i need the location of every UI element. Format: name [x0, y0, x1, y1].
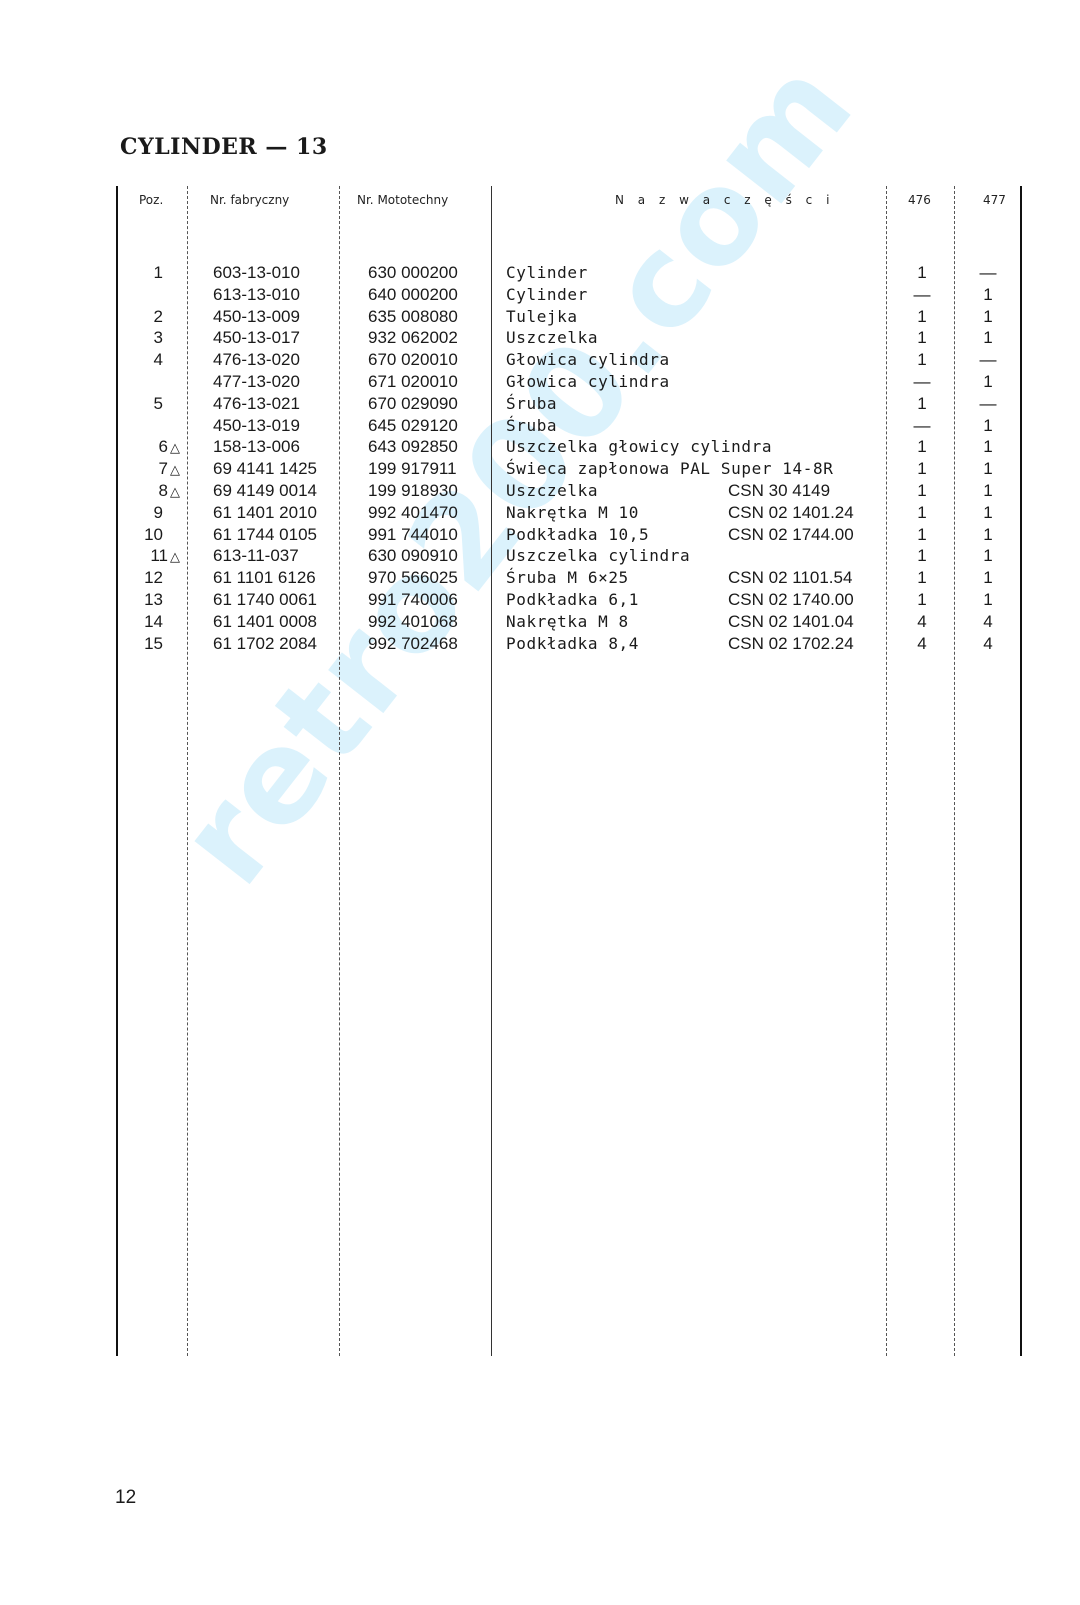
- nr-fabryczny: 450-13-017: [213, 327, 300, 349]
- table-row-poz: 2: [120, 306, 163, 328]
- nr-fabryczny: 61 1702 2084: [213, 633, 317, 655]
- qty-476: 1: [896, 393, 948, 415]
- qty-477: 1: [962, 502, 1014, 524]
- table-row-poz: 6△: [120, 436, 180, 459]
- qty-477: 1: [962, 545, 1014, 567]
- column-divider: [187, 186, 188, 1356]
- poz-number: 1: [154, 263, 163, 282]
- table-row-poz: 3: [120, 327, 163, 349]
- table-row-poz: 13: [120, 589, 163, 611]
- qty-476: 1: [896, 262, 948, 284]
- nr-mototechny: 992 401068: [368, 611, 458, 633]
- nr-fabryczny: 61 1401 0008: [213, 611, 317, 633]
- part-name: Podkładka 8,4: [506, 633, 639, 655]
- qty-477: 1: [962, 327, 1014, 349]
- part-norm: CSN 02 1744.00: [728, 524, 854, 546]
- nr-mototechny: 991 740006: [368, 589, 458, 611]
- nr-mototechny: 932 062002: [368, 327, 458, 349]
- part-norm: CSN 02 1401.04: [728, 611, 854, 633]
- nr-fabryczny: 477-13-020: [213, 371, 300, 393]
- qty-477: —: [962, 393, 1014, 415]
- qty-477: 4: [962, 633, 1014, 655]
- nr-mototechny: 670 029090: [368, 393, 458, 415]
- part-name: Uszczelka: [506, 480, 598, 502]
- qty-477: 1: [962, 567, 1014, 589]
- qty-476: 1: [896, 480, 948, 502]
- qty-476: —: [896, 371, 948, 393]
- nr-mototechny: 970 566025: [368, 567, 458, 589]
- poz-number: 9: [154, 503, 163, 522]
- qty-477: —: [962, 349, 1014, 371]
- poz-number: 3: [154, 328, 163, 347]
- qty-476: 1: [896, 349, 948, 371]
- poz-number: 14: [144, 612, 163, 631]
- part-name: Podkładka 6,1: [506, 589, 639, 611]
- part-norm: CSN 02 1401.24: [728, 502, 854, 524]
- qty-477: 1: [962, 306, 1014, 328]
- nr-fabryczny: 61 1101 6126: [213, 567, 316, 589]
- header-nr-mototechny: Nr. Mototechny: [357, 193, 448, 207]
- table-row-poz: 8△: [120, 480, 180, 503]
- part-name: Świeca zapłonowa PAL Super 14-8R: [506, 458, 833, 480]
- nr-mototechny: 630 000200: [368, 262, 458, 284]
- part-norm: CSN 02 1101.54: [728, 567, 852, 589]
- part-name: Cylinder: [506, 284, 588, 306]
- part-name: Uszczelka cylindra: [506, 545, 690, 567]
- nr-mototechny: 645 029120: [368, 415, 458, 437]
- column-divider: [339, 186, 340, 1356]
- nr-fabryczny: 69 4149 0014: [213, 480, 317, 502]
- qty-476: 4: [896, 633, 948, 655]
- qty-477: 1: [962, 415, 1014, 437]
- qty-477: 1: [962, 480, 1014, 502]
- qty-477: 1: [962, 524, 1014, 546]
- header-476: 476: [908, 193, 931, 207]
- triangle-mark-icon: △: [170, 549, 180, 564]
- part-norm: CSN 02 1740.00: [728, 589, 854, 611]
- qty-477: 1: [962, 284, 1014, 306]
- poz-number: 7: [159, 459, 168, 478]
- poz-number: 15: [144, 634, 163, 653]
- nr-mototechny: 643 092850: [368, 436, 458, 458]
- poz-number: 11: [150, 546, 168, 565]
- nr-fabryczny: 476-13-021: [213, 393, 300, 415]
- qty-477: 1: [962, 436, 1014, 458]
- qty-477: —: [962, 262, 1014, 284]
- qty-477: 1: [962, 589, 1014, 611]
- nr-mototechny: 992 702468: [368, 633, 458, 655]
- nr-fabryczny: 476-13-020: [213, 349, 300, 371]
- triangle-mark-icon: △: [170, 440, 180, 455]
- part-name: Głowica cylindra: [506, 371, 670, 393]
- page-number: 12: [115, 1487, 136, 1509]
- nr-fabryczny: 450-13-019: [213, 415, 300, 437]
- poz-number: 12: [144, 568, 163, 587]
- nr-fabryczny: 613-13-010: [213, 284, 300, 306]
- column-divider: [954, 186, 955, 1356]
- part-name: Nakrętka M 10: [506, 502, 639, 524]
- table-row-poz: 15: [120, 633, 163, 655]
- qty-476: 1: [896, 567, 948, 589]
- table-row-poz: 12: [120, 567, 163, 589]
- nr-fabryczny: 61 1740 0061: [213, 589, 317, 611]
- part-name: Nakrętka M 8: [506, 611, 629, 633]
- nr-fabryczny: 613-11-037: [213, 545, 299, 567]
- poz-number: 6: [159, 437, 168, 456]
- table-border-left: [116, 186, 118, 1356]
- nr-fabryczny: 61 1401 2010: [213, 502, 317, 524]
- table-row-poz: 10: [120, 524, 163, 546]
- nr-mototechny: 630 090910: [368, 545, 458, 567]
- table-border-right: [1020, 186, 1022, 1356]
- table-row-poz: 14: [120, 611, 163, 633]
- nr-mototechny: 199 917911: [368, 458, 457, 480]
- nr-fabryczny: 450-13-009: [213, 306, 300, 328]
- poz-number: 8: [159, 481, 168, 500]
- nr-fabryczny: 69 4141 1425: [213, 458, 317, 480]
- qty-476: 1: [896, 545, 948, 567]
- qty-476: 1: [896, 524, 948, 546]
- qty-476: 4: [896, 611, 948, 633]
- header-nr-fabryczny: Nr. fabryczny: [210, 193, 289, 207]
- nr-fabryczny: 158-13-006: [213, 436, 300, 458]
- table-row-poz: 1: [120, 262, 163, 284]
- column-divider: [491, 186, 492, 1356]
- table-row-poz: 9: [120, 502, 163, 524]
- poz-number: 5: [154, 394, 163, 413]
- poz-number: 13: [144, 590, 163, 609]
- poz-number: 10: [144, 525, 163, 544]
- header-nazwa-czesci: N a z w a c z ę ś c i: [615, 193, 834, 207]
- qty-476: 1: [896, 306, 948, 328]
- qty-476: —: [896, 284, 948, 306]
- part-name: Uszczelka głowicy cylindra: [506, 436, 772, 458]
- table-row-poz: 7△: [120, 458, 180, 481]
- nr-mototechny: 671 020010: [368, 371, 458, 393]
- page-title: CYLINDER — 13: [120, 134, 328, 160]
- column-divider: [886, 186, 887, 1356]
- qty-476: 1: [896, 458, 948, 480]
- part-name: Głowica cylindra: [506, 349, 670, 371]
- header-poz: Poz.: [139, 193, 163, 207]
- nr-fabryczny: 603-13-010: [213, 262, 300, 284]
- table-row-poz: 4: [120, 349, 163, 371]
- poz-number: 2: [154, 307, 163, 326]
- part-name: Cylinder: [506, 262, 588, 284]
- part-name: Śruba: [506, 415, 557, 437]
- qty-476: 1: [896, 436, 948, 458]
- qty-476: 1: [896, 589, 948, 611]
- qty-476: 1: [896, 327, 948, 349]
- nr-mototechny: 199 918930: [368, 480, 458, 502]
- qty-477: 1: [962, 458, 1014, 480]
- part-name: Śruba M 6×25: [506, 567, 629, 589]
- qty-477: 4: [962, 611, 1014, 633]
- triangle-mark-icon: △: [170, 462, 180, 477]
- nr-mototechny: 992 401470: [368, 502, 458, 524]
- nr-fabryczny: 61 1744 0105: [213, 524, 317, 546]
- nr-mototechny: 640 000200: [368, 284, 458, 306]
- table-row-poz: 5: [120, 393, 163, 415]
- nr-mototechny: 635 008080: [368, 306, 458, 328]
- qty-476: 1: [896, 502, 948, 524]
- part-name: Podkładka 10,5: [506, 524, 649, 546]
- triangle-mark-icon: △: [170, 484, 180, 499]
- part-name: Uszczelka: [506, 327, 598, 349]
- part-name: Tulejka: [506, 306, 578, 328]
- qty-476: —: [896, 415, 948, 437]
- qty-477: 1: [962, 371, 1014, 393]
- part-norm: CSN 30 4149: [728, 480, 830, 502]
- nr-mototechny: 670 020010: [368, 349, 458, 371]
- part-name: Śruba: [506, 393, 557, 415]
- part-norm: CSN 02 1702.24: [728, 633, 854, 655]
- table-row-poz: 11△: [120, 545, 180, 568]
- header-477: 477: [983, 193, 1006, 207]
- poz-number: 4: [154, 350, 163, 369]
- nr-mototechny: 991 744010: [368, 524, 458, 546]
